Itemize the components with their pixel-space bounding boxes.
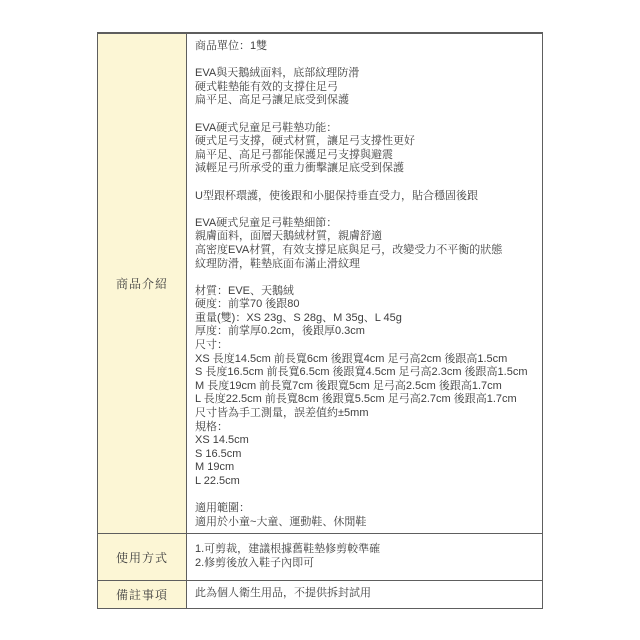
row-content-note: 此為個人衛生用品，不提供拆封試用	[187, 581, 542, 608]
row-label-product-intro: 商品介紹	[98, 34, 187, 533]
table-row-usage: 使用方式 1.可剪裁，建議根據舊鞋墊修剪較準確 2.修剪後放入鞋子內即可	[98, 533, 542, 580]
row-content-usage: 1.可剪裁，建議根據舊鞋墊修剪較準確 2.修剪後放入鞋子內即可	[187, 534, 542, 580]
product-spec-table: 商品介紹 商品單位：1雙 EVA與天鵝絨面料，底部紋理防滑 硬式鞋墊能有效的支撐…	[97, 32, 543, 609]
row-label-note: 備註事項	[98, 581, 187, 608]
product-detail-page: 商品介紹 商品單位：1雙 EVA與天鵝絨面料，底部紋理防滑 硬式鞋墊能有效的支撐…	[0, 0, 640, 640]
row-label-usage: 使用方式	[98, 534, 187, 580]
table-row-note: 備註事項 此為個人衛生用品，不提供拆封試用	[98, 580, 542, 608]
row-content-product-intro: 商品單位：1雙 EVA與天鵝絨面料，底部紋理防滑 硬式鞋墊能有效的支撐住足弓 扁…	[187, 34, 542, 533]
table-row-product-intro: 商品介紹 商品單位：1雙 EVA與天鵝絨面料，底部紋理防滑 硬式鞋墊能有效的支撐…	[98, 34, 542, 533]
